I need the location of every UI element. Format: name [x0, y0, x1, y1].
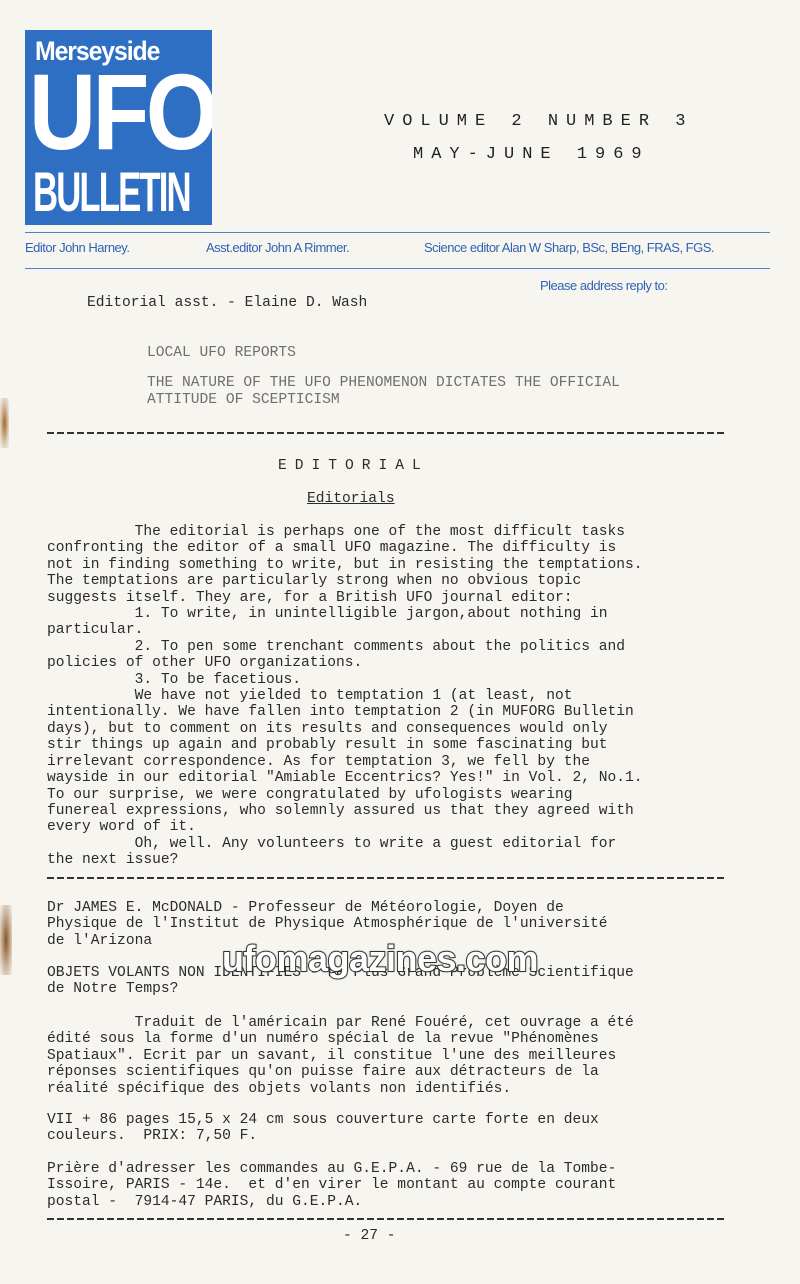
editorial-body: The editorial is perhaps one of the most…	[47, 524, 643, 869]
editorial-line: intentionally. We have fallen into tempt…	[47, 704, 643, 720]
logo-ufo: UFO	[29, 58, 212, 166]
review-price-line: couleurs. PRIX: 7,50 F.	[47, 1128, 599, 1144]
editorial-subheading: Editorials	[307, 491, 395, 507]
editorial-assistant: Editorial asst. - Elaine D. Wash	[87, 295, 367, 311]
issue-date: MAY-JUNE 1969	[413, 145, 650, 164]
editorial-heading: EDITORIAL	[278, 458, 429, 474]
review-order-line: Issoire, PARIS - 14e. et d'en virer le m…	[47, 1177, 616, 1193]
contents-item: THE NATURE OF THE UFO PHENOMENON DICTATE…	[147, 375, 620, 391]
review-body-line: réalité spécifique des objets volants no…	[47, 1081, 634, 1097]
science-editor-credit: Science editor Alan W Sharp, BSc, BEng, …	[424, 240, 714, 255]
review-body-line: Spatiaux". Ecrit par un savant, il const…	[47, 1048, 634, 1064]
contents-item: LOCAL UFO REPORTS	[147, 345, 296, 361]
review-price: VII + 86 pages 15,5 x 24 cm sous couvert…	[47, 1112, 599, 1145]
editorial-line: The temptations are particularly strong …	[47, 573, 643, 589]
editorial-line: confronting the editor of a small UFO ma…	[47, 540, 643, 556]
review-body-line: réponses scientifiques qu'on puisse fair…	[47, 1064, 634, 1080]
editorial-line: wayside in our editorial "Amiable Eccent…	[47, 770, 643, 786]
watermark: ufomagazines.com	[222, 938, 538, 980]
section-divider	[47, 432, 727, 434]
review-order-line: postal - 7914-47 PARIS, du G.E.P.A.	[47, 1194, 616, 1210]
paper-stain	[0, 398, 9, 448]
reply-address-label: Please address reply to:	[540, 278, 667, 293]
editorial-line: policies of other UFO organizations.	[47, 655, 643, 671]
review-body-line: édité sous la forme d'un numéro spécial …	[47, 1031, 634, 1047]
editorial-line: 3. To be facetious.	[47, 672, 643, 688]
editorial-line: funereal expressions, who solemnly assur…	[47, 803, 643, 819]
editorial-line: particular.	[47, 622, 643, 638]
editorial-line: suggests itself. They are, for a British…	[47, 590, 643, 606]
editorial-line: 1. To write, in unintelligible jargon,ab…	[47, 606, 643, 622]
editorial-line: The editorial is perhaps one of the most…	[47, 524, 643, 540]
review-price-line: VII + 86 pages 15,5 x 24 cm sous couvert…	[47, 1112, 599, 1128]
editorial-line: the next issue?	[47, 852, 643, 868]
editorial-line: stir things up again and probably result…	[47, 737, 643, 753]
editorial-line: irrelevant correspondence. As for tempta…	[47, 754, 643, 770]
paper-stain	[0, 905, 12, 975]
review-author-line: Physique de l'Institut de Physique Atmos…	[47, 916, 608, 932]
volume-number: VOLUME 2 NUMBER 3	[384, 112, 693, 131]
header-rule-bottom	[25, 268, 770, 269]
editorial-line: days), but to comment on its results and…	[47, 721, 643, 737]
section-divider	[47, 877, 727, 879]
footer-divider	[47, 1218, 727, 1220]
review-body: Traduit de l'américain par René Fouéré, …	[47, 1015, 634, 1097]
review-order: Prière d'adresser les commandes au G.E.P…	[47, 1161, 616, 1210]
logo-bulletin: BULLETIN	[33, 164, 190, 220]
header-rule-top	[25, 232, 770, 233]
review-title-line: de Notre Temps?	[47, 981, 634, 997]
editorial-line: Oh, well. Any volunteers to write a gues…	[47, 836, 643, 852]
masthead-logo: Merseyside UFO BULLETIN	[25, 30, 212, 225]
review-order-line: Prière d'adresser les commandes au G.E.P…	[47, 1161, 616, 1177]
editorial-line: not in finding something to write, but i…	[47, 557, 643, 573]
editorial-line: We have not yielded to temptation 1 (at …	[47, 688, 643, 704]
contents-item: ATTITUDE OF SCEPTICISM	[147, 392, 340, 408]
editor-credit: Editor John Harney.	[25, 240, 129, 255]
page-number: - 27 -	[343, 1228, 396, 1244]
asst-editor-credit: Asst.editor John A Rimmer.	[206, 240, 349, 255]
editorial-line: 2. To pen some trenchant comments about …	[47, 639, 643, 655]
review-author-line: Dr JAMES E. McDONALD - Professeur de Mét…	[47, 900, 608, 916]
editorial-line: every word of it.	[47, 819, 643, 835]
review-body-line: Traduit de l'américain par René Fouéré, …	[47, 1015, 634, 1031]
editorial-line: To our surprise, we were congratulated b…	[47, 787, 643, 803]
